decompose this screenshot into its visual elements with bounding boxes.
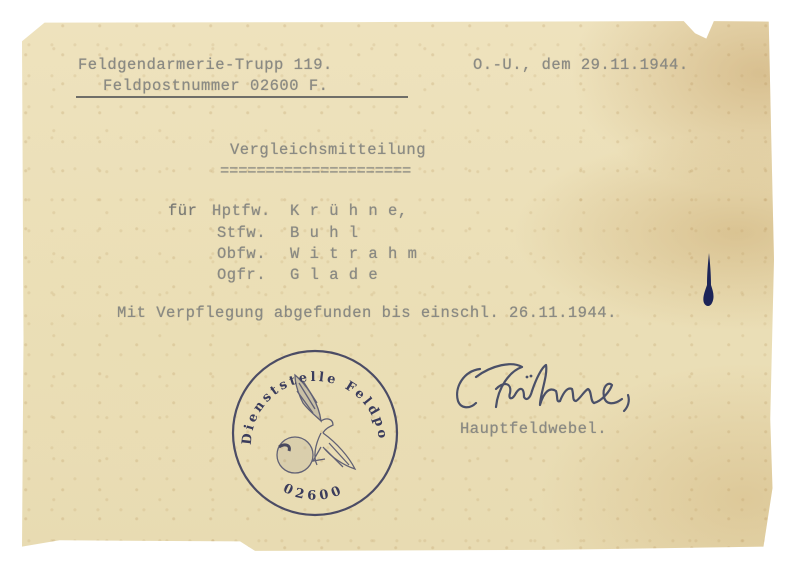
recipient-name: G l a d e — [290, 266, 378, 284]
unit-name: Feldgendarmerie-Trupp 119. — [78, 56, 333, 74]
handwritten-signature — [452, 357, 662, 419]
recipient-name: K r ü h n e, — [290, 202, 408, 220]
official-stamp: Dienststelle Feldpostnummer 02600 — [229, 347, 401, 519]
field-post-number: Feldpostnummer 02600 F. — [103, 77, 328, 95]
signatory-title: Hauptfeldwebel. — [460, 420, 607, 438]
ink-blot-icon — [703, 253, 715, 308]
place-date: O.-U., dem 29.11.1944. — [473, 56, 689, 74]
recipient-rank: Ogfr. — [217, 266, 266, 284]
document-title: Vergleichsmitteilung — [230, 141, 426, 159]
recipient-rank: Stfw. — [217, 224, 266, 242]
recipients-intro: für — [168, 202, 197, 220]
recipient-rank: Hptfw. — [212, 202, 271, 220]
title-underline: ===================== — [220, 162, 411, 180]
body-line: Mit Verpflegung abgefunden bis einschl. … — [117, 304, 617, 322]
stamp-ring-text-bottom: 02600 — [281, 481, 347, 504]
recipient-rank: Obfw. — [217, 245, 266, 263]
svg-text:02600: 02600 — [281, 481, 347, 504]
recipient-name: B u h l — [290, 224, 359, 242]
recipient-name: W i t r a h m — [290, 245, 417, 263]
header-underline — [76, 96, 408, 98]
